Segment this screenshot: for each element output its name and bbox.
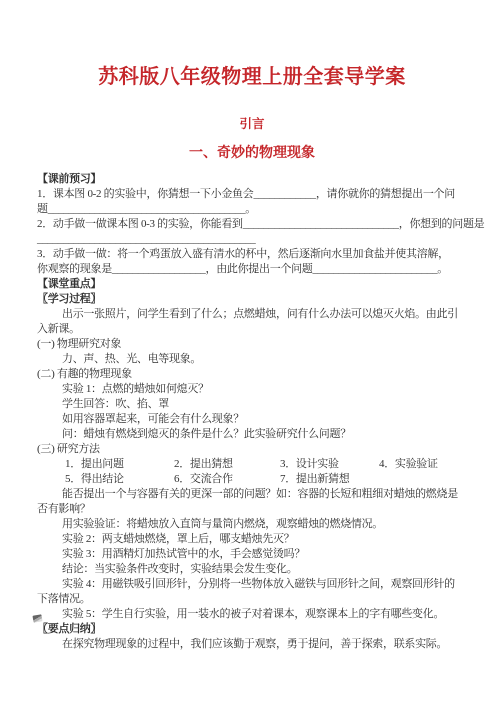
experiment-5-line: 实验 5：学生自行实验，用一装水的被子对着课本，观察课本上的字有哪些变化。 — [37, 607, 467, 622]
section-header-preview: 【课前预习】 — [37, 172, 467, 187]
document-content: 苏科版八年级物理上册全套导学案 引言 一、奇妙的物理现象 【课前预习】 1．课本… — [0, 0, 500, 652]
preview-question-1-line-1: 1．课本图 0-2 的实验中，你猜想一下小金鱼会____________，请你就… — [37, 187, 467, 202]
preview-question-2-blank-line: ________________________________________… — [37, 232, 467, 247]
experiment-3-line: 实验 3：用酒精灯加热试管中的水，手会感觉烫吗？ — [37, 547, 467, 562]
preview-question-2-line-1: 2．动手做一做课本图 0-3 的实验，你能看到_________________… — [37, 217, 467, 232]
experiment-4-line-2: 下落情况。 — [37, 592, 467, 607]
method-4: 4．实验验证 — [379, 457, 438, 472]
summary-line: 在探究物理现象的过程中，我们应该勤于观察，勇于提问，善于探索，联系实际。 — [37, 637, 467, 652]
part1-header: (一) 物理研究对象 — [37, 337, 467, 352]
chapter-heading: 引言 — [37, 117, 467, 132]
intro-line-2: 入新课。 — [37, 322, 467, 337]
lesson-heading: 一、奇妙的物理现象 — [37, 146, 467, 162]
method-7: 7．提出新猜想 — [280, 472, 379, 487]
subsection-header-summary: 〖要点归纳〗 — [37, 622, 467, 637]
conclusion-line: 结论：当实验条件改变时，实验结果会发生变化。 — [37, 562, 467, 577]
methods-row-1: 1．提出问题 2．提出猜想 3．设计实验 4．实验验证 — [37, 457, 467, 472]
student-answer-line: 学生回答：吹、掐、罩 — [37, 397, 467, 412]
methods-row-2: 5．得出结论 6．交流合作 7．提出新猜想 — [37, 472, 467, 487]
container-question-line: 如用容器罩起来，可能会有什么现象？ — [37, 412, 467, 427]
experiment-2-line: 实验 2：两支蜡烛燃烧，罩上后，哪支蜡烛先灭？ — [37, 532, 467, 547]
preview-question-3-line-1: 3．动手做一做：将一个鸡蛋放入盛有清水的杯中，然后逐渐向水里加食盐并使其溶解， — [37, 247, 467, 262]
method-5: 5．得出结论 — [65, 472, 174, 487]
preview-question-3-line-2: 你观察的现象是__________________，由此你提出一个问题_____… — [37, 262, 467, 277]
method-6: 6．交流合作 — [174, 472, 280, 487]
intro-line-1: 出示一张照片，问学生看到了什么；点燃蜡烛，问有什么办法可以熄灭火焰。由此引 — [37, 307, 467, 322]
experiment-4-line-1: 实验 4：用磁铁吸引回形针，分别将一些物体放入磁铁与回形针之间，观察回形针的 — [37, 577, 467, 592]
experiment-1-line: 实验 1：点燃的蜡烛如何熄灭？ — [37, 382, 467, 397]
method-3: 3．设计实验 — [280, 457, 379, 472]
document-body: 【课前预习】 1．课本图 0-2 的实验中，你猜想一下小金鱼会_________… — [37, 172, 467, 652]
deeper-question-line-2: 否有影响？ — [37, 502, 467, 517]
section-header-classroom: 【课堂重点】 — [37, 277, 467, 292]
part3-header: (三) 研究方法 — [37, 442, 467, 457]
subsection-header-process: 〖学习过程〗 — [37, 292, 467, 307]
verify-line: 用实验验证：将蜡烛放入直筒与量筒内燃烧，观察蜡烛的燃烧情况。 — [37, 517, 467, 532]
method-1: 1．提出问题 — [65, 457, 174, 472]
document-title: 苏科版八年级物理上册全套导学案 — [37, 64, 467, 90]
part2-header: (二) 有趣的物理现象 — [37, 367, 467, 382]
method-2: 2．提出猜想 — [174, 457, 280, 472]
preview-question-1-line-2: 题______________________________________。 — [37, 202, 467, 217]
document-page: 苏科版八年级物理上册全套导学案 引言 一、奇妙的物理现象 【课前预习】 1．课本… — [0, 0, 500, 706]
deeper-question-line-1: 能否提出一个与容器有关的更深一部的问题？如：容器的长短和粗细对蜡烛的燃烧是 — [37, 487, 467, 502]
part1-line: 力、声、热、光、电等现象。 — [37, 352, 467, 367]
candle-question-line: 问：蜡烛有燃烧到熄灭的条件是什么？此实验研究什么问题？ — [37, 427, 467, 442]
